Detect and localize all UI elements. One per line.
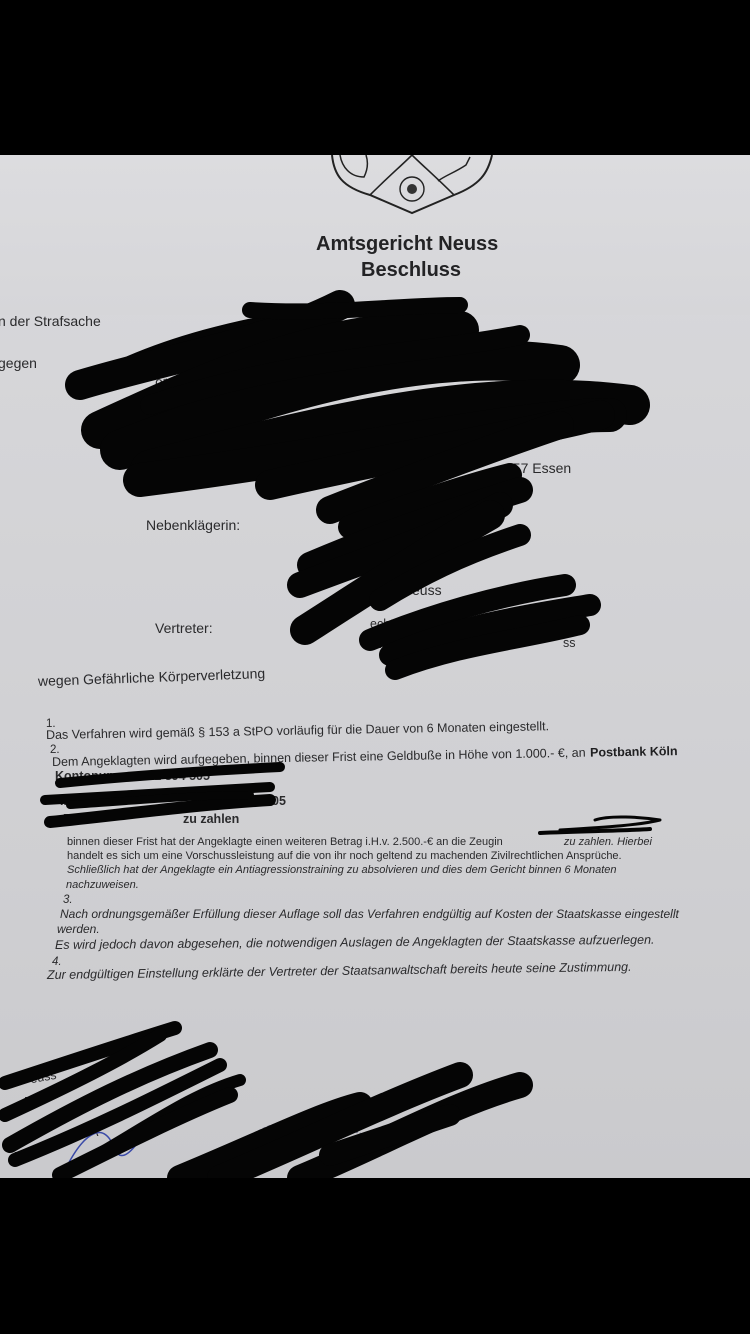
co-plaintiff-label: Nebenklägerin:: [146, 517, 240, 533]
defendant-fragment-3: isfeld: [238, 422, 268, 438]
defendant-fragment-2: de: [128, 399, 144, 415]
item-2-line: Dem Angeklagten wird aufgegeben, binnen …: [52, 742, 678, 771]
bic-label: BIC: [63, 812, 85, 826]
payment-line-1-text: binnen dieser Frist hat der Angeklagte e…: [67, 836, 503, 848]
payment-line-3: Schließlich hat der Angeklagte ein Antia…: [67, 864, 617, 876]
defendant-fragment-1: oren: [154, 372, 183, 390]
footer-fragment-2: D: [24, 1095, 33, 1109]
representative-fragment-1: echtsa: [370, 617, 407, 631]
payment-line-1-end: zu zahlen. Hierbei: [564, 836, 652, 848]
item-4-number: 4.: [52, 956, 62, 968]
account-number: Kontonummer: 11 394 505: [55, 769, 210, 783]
representative-label: Vertreter:: [155, 620, 213, 636]
defendant-city: 257 Essen: [505, 460, 571, 476]
pay-text: zu zahlen: [183, 812, 239, 826]
against-label: gegen: [0, 355, 37, 371]
item-3-number: 3.: [63, 894, 73, 906]
representative-fragment-2-end: ss: [563, 636, 576, 650]
iban-end: 05: [272, 794, 286, 808]
item-4-text: Zur endgültigen Einstellung erklärte der…: [47, 960, 632, 982]
court-stamp-icon: ATSGER: [205, 1085, 395, 1178]
item-3-text-2: Es wird jedoch davon abgesehen, die notw…: [55, 933, 655, 952]
footer-place-fragment: euss: [29, 1068, 57, 1086]
charge-text: wegen Gefährliche Körperverletzung: [38, 665, 266, 689]
representative-fragment-2: Jülic: [363, 637, 388, 651]
document-photo: Amtsgericht Neuss Beschluss n der Strafs…: [0, 155, 750, 1178]
case-intro: n der Strafsache: [0, 313, 101, 329]
footer-fragment-4: us: [14, 1148, 27, 1162]
document-type: Beschluss: [361, 259, 461, 282]
payment-line-2: handelt es sich um eine Vorschussleistun…: [67, 850, 622, 862]
signature-icon: [55, 1110, 165, 1178]
payment-line-1: binnen dieser Frist hat der Angeklagte e…: [67, 836, 652, 848]
item-3-text-cont: werden.: [57, 922, 100, 936]
bank-name: Postbank Köln: [590, 744, 678, 760]
payment-line-4: nachzuweisen.: [66, 879, 139, 891]
item-1-text: Das Verfahren wird gemäß § 153 a StPO vo…: [46, 719, 549, 742]
co-plaintiff-city: euss: [412, 582, 442, 598]
stamp-text: ATSGER: [240, 1106, 327, 1156]
representative-fragment-1-end: nann: [540, 615, 568, 629]
court-name: Amtsgericht Neuss: [316, 233, 498, 256]
iban-label: IBAN: DE: [60, 794, 116, 808]
item-2-text: Dem Angeklagten wird aufgegeben, binnen …: [52, 746, 586, 769]
coat-of-arms-icon: [330, 155, 495, 225]
item-3-text: Nach ordnungsgemäßer Erfüllung dieser Au…: [60, 907, 679, 921]
